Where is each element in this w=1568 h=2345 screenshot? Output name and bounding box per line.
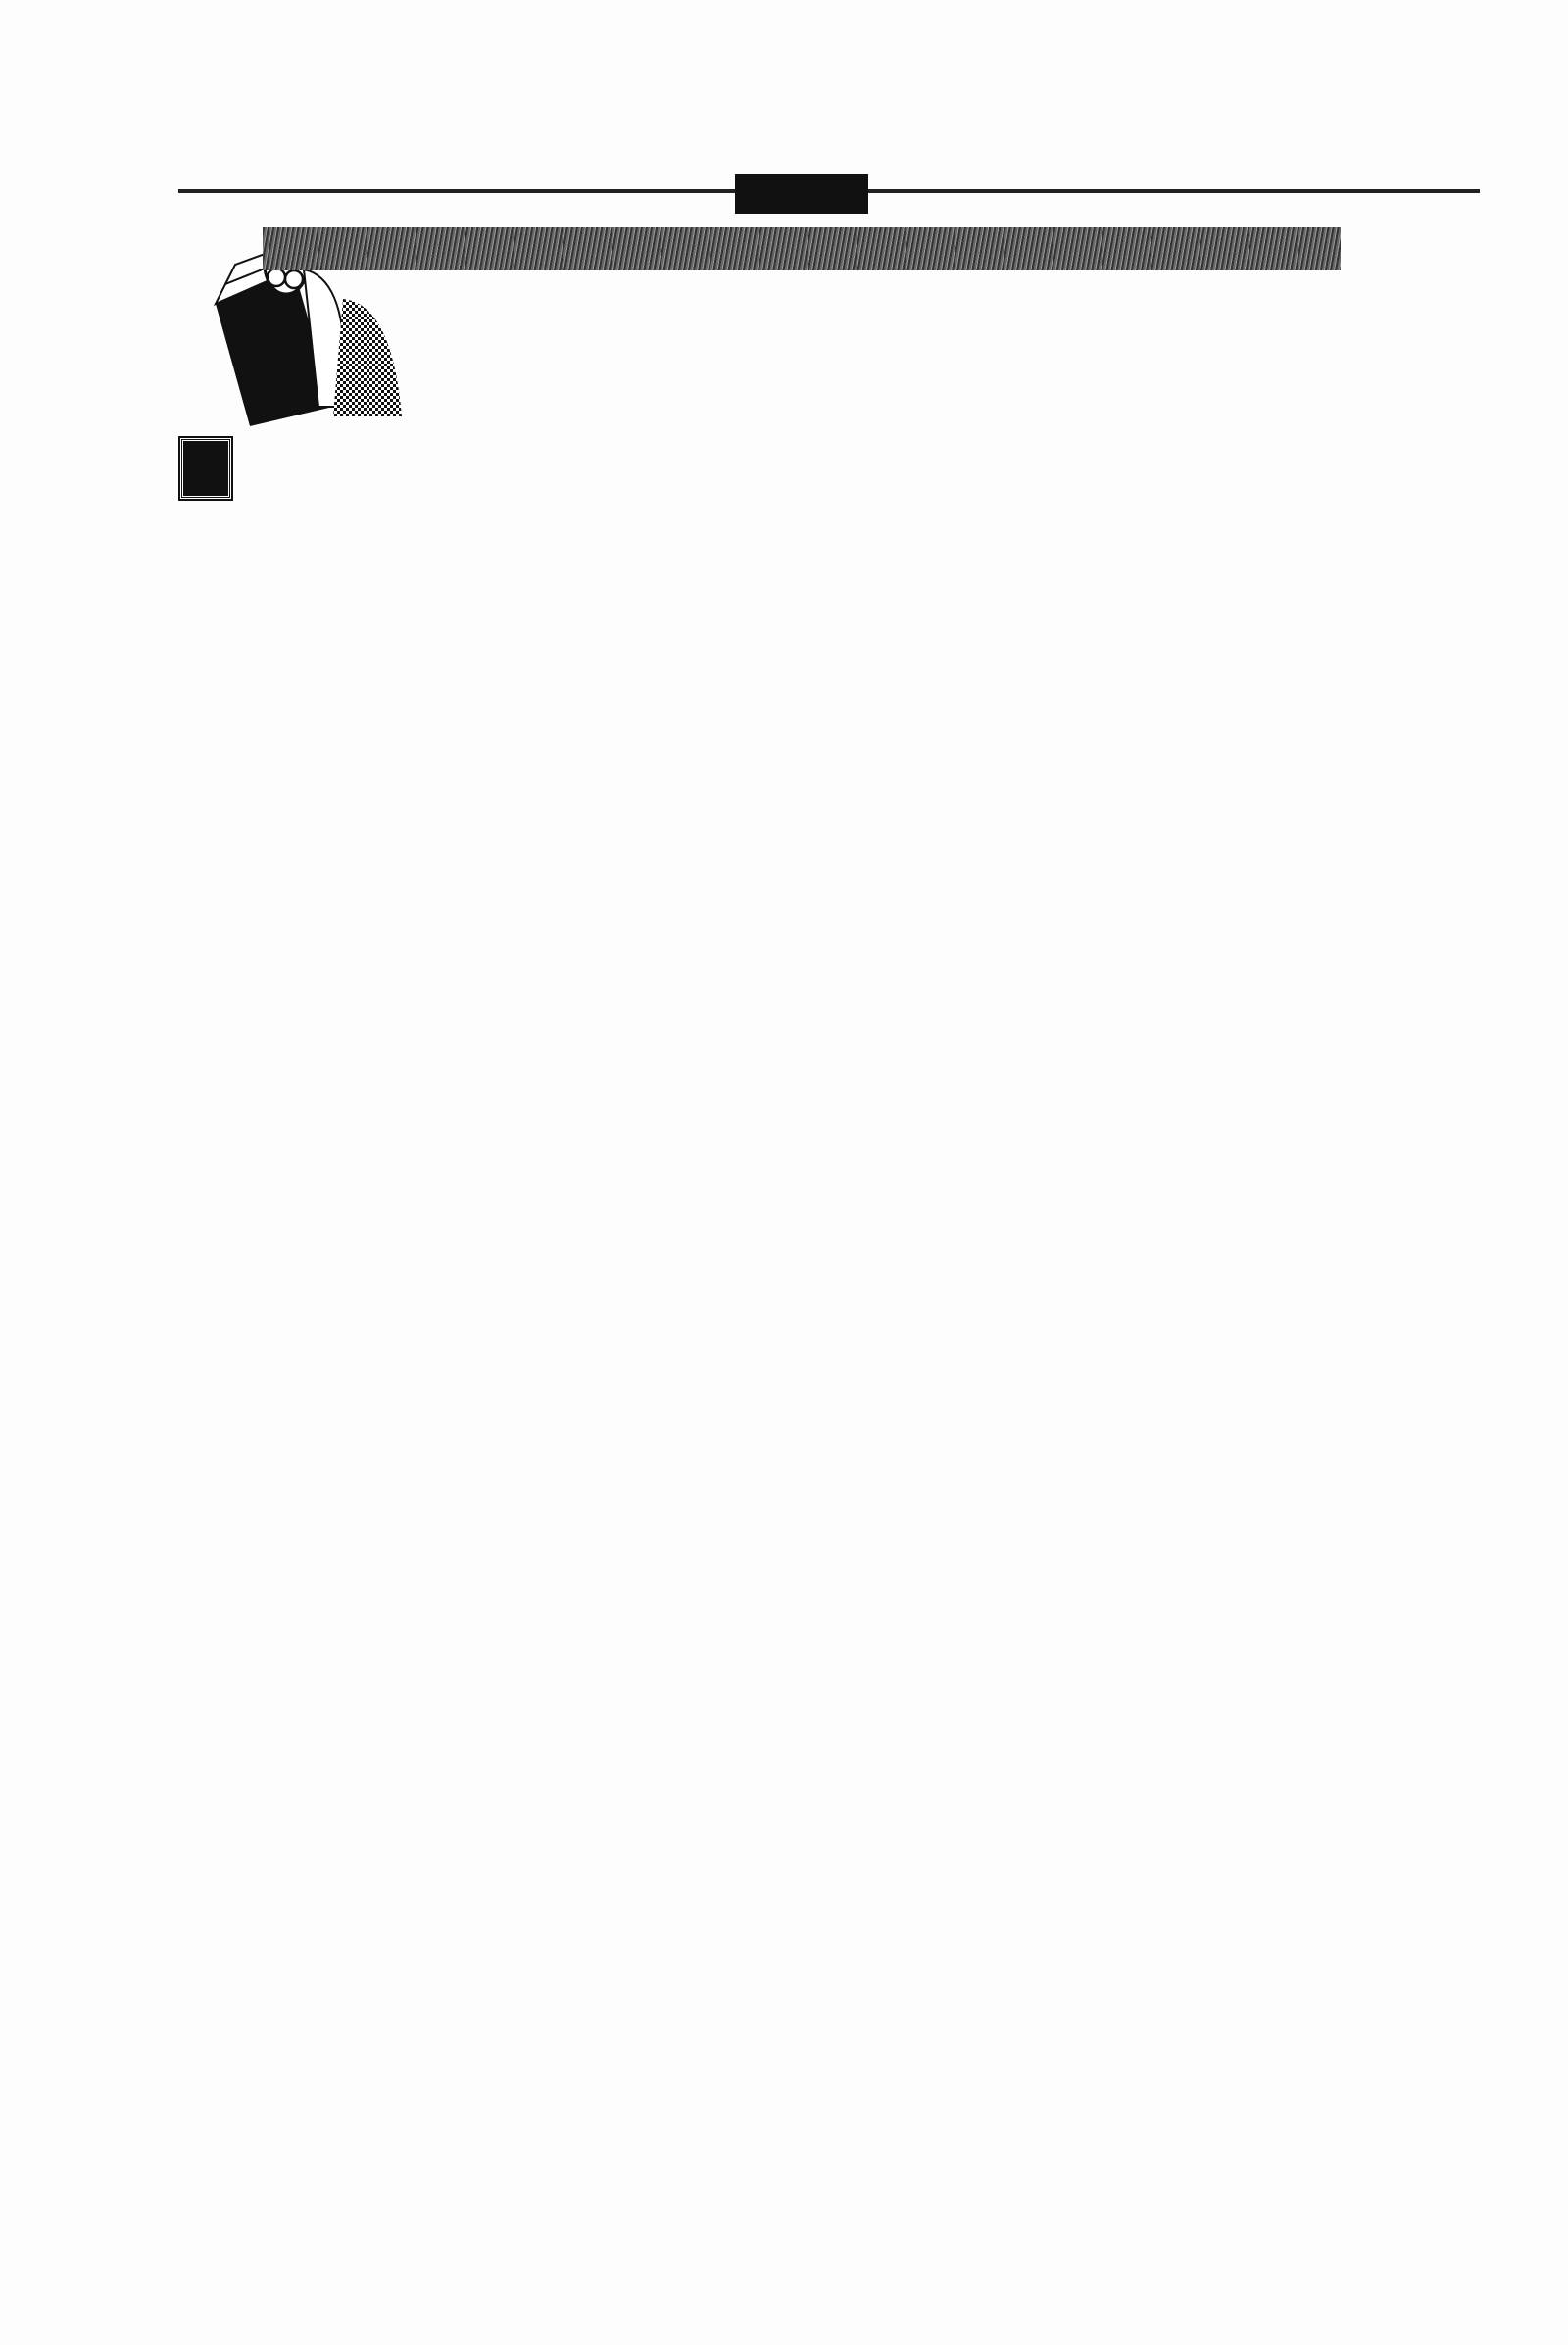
newspaper-logo — [735, 174, 868, 214]
intro-column-2 — [361, 435, 596, 533]
banner-strip — [263, 227, 1341, 270]
dropcap-k — [180, 438, 231, 499]
section-title — [490, 294, 1470, 412]
